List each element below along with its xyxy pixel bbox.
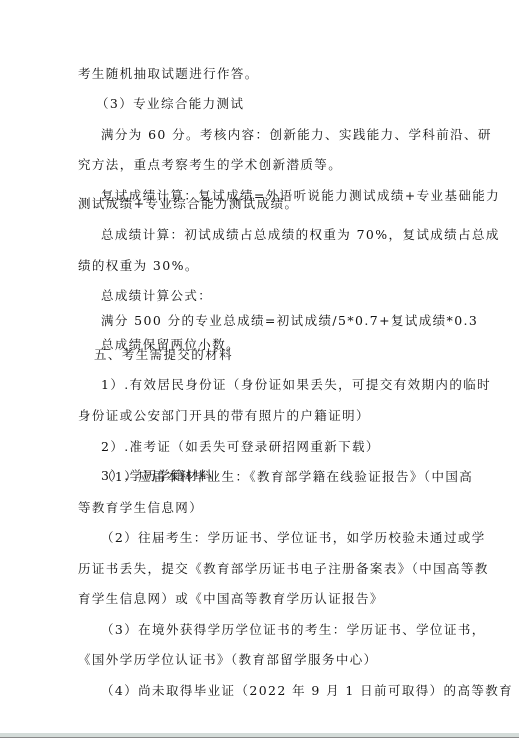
sub-list-item-continuation: 历证书丢失，提交《教育部学历证书电子注册备案表》（中国高等教 <box>78 561 489 577</box>
paragraph-line: 究方法，重点考察考生的学术创新潜质等。 <box>78 157 342 173</box>
section-heading-materials: 五、考生需提交的材料 <box>94 347 233 363</box>
subheading-professional-test: （3）专业综合能力测试 <box>96 96 244 112</box>
sub-list-item: （1）应届本科毕业生：《教育部学籍在线验证报告》（中国高 <box>101 469 473 485</box>
paragraph-line: 总成绩计算：初试成绩占总成绩的权重为 70%，复试成绩占总成 <box>101 227 500 243</box>
paragraph-line: 绩的权重为 30%。 <box>78 258 199 274</box>
sub-list-item: （4）尚未取得毕业证（2022 年 9 月 1 日前可取得）的高等教育 <box>101 683 513 699</box>
paragraph-line: 满分为 60 分。考核内容：创新能力、实践能力、学科前沿、研 <box>101 127 492 143</box>
sub-list-item-continuation: 等教育学生信息网） <box>78 500 203 516</box>
sub-list-item: （2）往届考生：学历证书、学位证书，如学历校验未通过或学 <box>101 530 486 546</box>
list-item: 1）.有效居民身份证（身份证如果丢失，可提交有效期内的临时 <box>101 377 491 393</box>
list-item-continuation: 身份证或公安部门开具的带有照片的户籍证明） <box>78 408 370 424</box>
paragraph-line: 总成绩计算公式： <box>101 288 212 304</box>
sub-list-item-continuation: 《国外学历学位认证书》（教育部留学服务中心） <box>78 652 378 668</box>
sub-list-item-continuation: 育学生信息网）或《中国高等教育学历认证报告》 <box>78 591 384 607</box>
document-page: 考生随机抽取试题进行作答。 （3）专业综合能力测试 满分为 60 分。考核内容：… <box>0 0 519 733</box>
text-line-continuation: 考生随机抽取试题进行作答。 <box>78 66 259 82</box>
sub-list-item: （3）在境外获得学历学位证书的考生：学历证书、学位证书， <box>101 622 486 638</box>
paragraph-line: 测试成绩+专业综合能力测试成绩。 <box>78 196 298 212</box>
formula-line: 满分 500 分的专业总成绩=初试成绩/5*0.7+复试成绩*0.3 <box>101 313 478 329</box>
list-item: 2）.准考证（如丢失可登录研招网重新下载） <box>101 439 380 455</box>
